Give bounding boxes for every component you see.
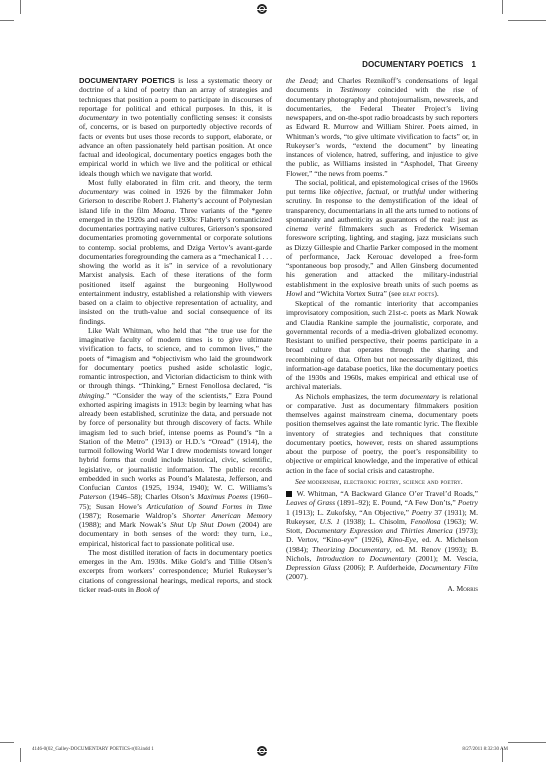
right-column: the Dead; and Charles Reznikoff’s conden… [286,76,478,593]
paragraph-1: DOCUMENTARY POETICS is less a systematic… [79,76,272,178]
page-number: 1 [471,60,476,69]
running-head: DOCUMENTARY POETICS1 [362,60,476,69]
author-signature: A. Morris [286,584,478,593]
registration-mark-top [257,4,267,14]
paragraph-4: The most distilled iteration of facts in… [79,548,272,594]
running-head-title: DOCUMENTARY POETICS [362,60,463,69]
headword: DOCUMENTARY POETICS [79,76,175,85]
see-also-refs: modernism, electronic poetry, science an… [307,478,462,486]
bibliography-square-icon [286,491,292,497]
crop-mark-top-right-h [508,20,546,21]
see-label: See [295,477,305,486]
footer-file-slug: 4146-0(02_Galley-DOCUMENTARY POETICS-r(0… [32,747,154,752]
bibliography: W. Whitman, “A Backward Glance O’er Trav… [286,489,478,582]
paragraph-7: As Nichols emphasizes, the term document… [286,392,478,475]
see-also: See modernism, electronic poetry, scienc… [286,477,478,487]
crop-mark-top-right-v [502,0,503,14]
paragraph-6: Skeptical of the romantic interiority th… [286,299,478,392]
paragraph-2: Most fully elaborated in film crit. and … [79,178,272,326]
footer-timestamp: 8/27/2011 8:32:30 AM [462,747,508,752]
cross-reference-beat-poets: beat poets [403,290,435,298]
left-column: DOCUMENTARY POETICS is less a systematic… [79,76,272,594]
paragraph-5: The social, political, and epistemologic… [286,178,478,299]
crop-mark-bottom-right-h [508,742,546,743]
crop-mark-bottom-left-v [20,748,21,762]
paragraph-4-continued: the Dead; and Charles Reznikoff’s conden… [286,76,478,178]
crop-mark-bottom-left-h [0,742,14,743]
paragraph-3: Like Walt Whitman, who held that “the tr… [79,326,272,548]
crop-mark-top-left-v [20,0,21,14]
crop-mark-top-left-h [0,20,14,21]
registration-mark-bottom [257,746,267,756]
